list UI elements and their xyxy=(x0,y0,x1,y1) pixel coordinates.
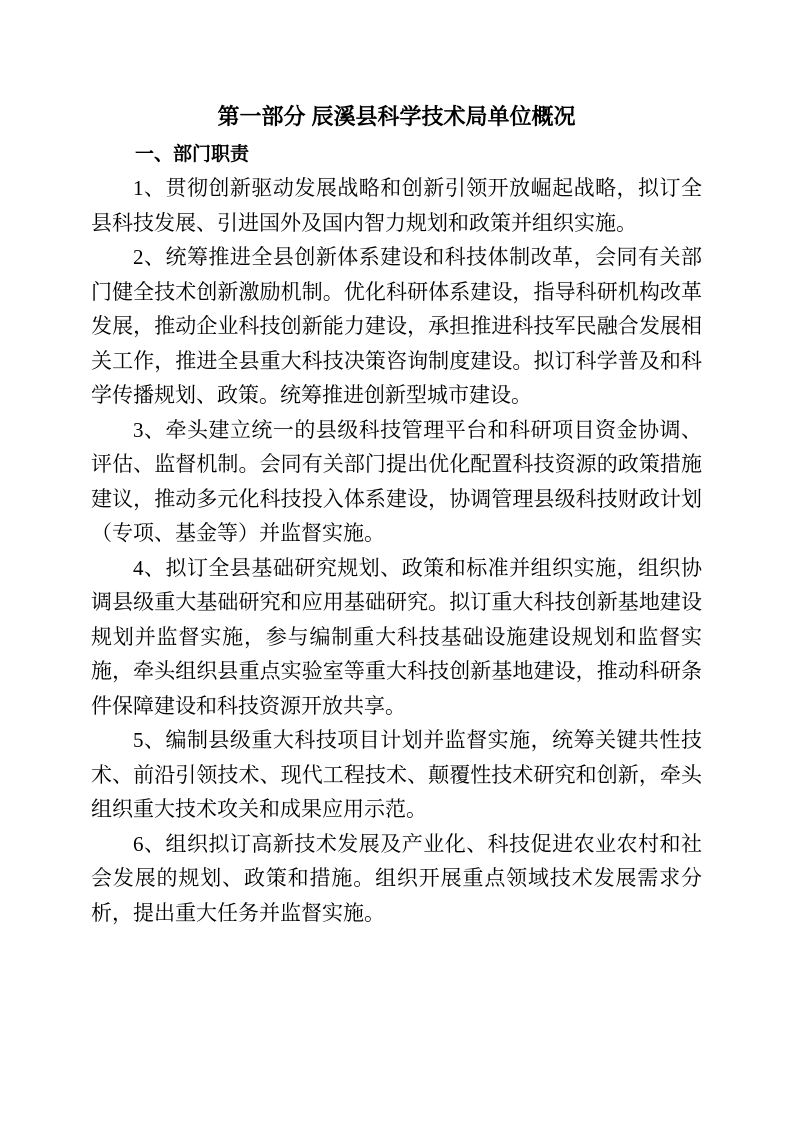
document-content: 第一部分 辰溪县科学技术局单位概况 一、部门职责 1、贯彻创新驱动发展战略和创新… xyxy=(0,104,793,930)
section-heading: 一、部门职责 xyxy=(91,143,702,167)
body-paragraph-1: 1、贯彻创新驱动发展战略和创新引领开放崛起战略，拟订全县科技发展、引进国外及国内… xyxy=(91,171,702,240)
body-paragraph-3: 3、牵头建立统一的县级科技管理平台和科研项目资金协调、评估、监督机制。会同有关部… xyxy=(91,413,702,551)
body-text-block: 1、贯彻创新驱动发展战略和创新引领开放崛起战略，拟订全县科技发展、引进国外及国内… xyxy=(91,171,702,930)
document-title: 第一部分 辰溪县科学技术局单位概况 xyxy=(91,104,702,130)
document-page: 第一部分 辰溪县科学技术局单位概况 一、部门职责 1、贯彻创新驱动发展战略和创新… xyxy=(0,0,793,1122)
body-paragraph-6: 6、组织拟订高新技术发展及产业化、科技促进农业农村和社会发展的规划、政策和措施。… xyxy=(91,827,702,931)
body-paragraph-4: 4、拟订全县基础研究规划、政策和标准并组织实施，组织协调县级重大基础研究和应用基… xyxy=(91,551,702,724)
body-paragraph-2: 2、统筹推进全县创新体系建设和科技体制改革，会同有关部门健全技术创新激励机制。优… xyxy=(91,240,702,413)
body-paragraph-5: 5、编制县级重大科技项目计划并监督实施，统筹关键共性技术、前沿引领技术、现代工程… xyxy=(91,723,702,827)
